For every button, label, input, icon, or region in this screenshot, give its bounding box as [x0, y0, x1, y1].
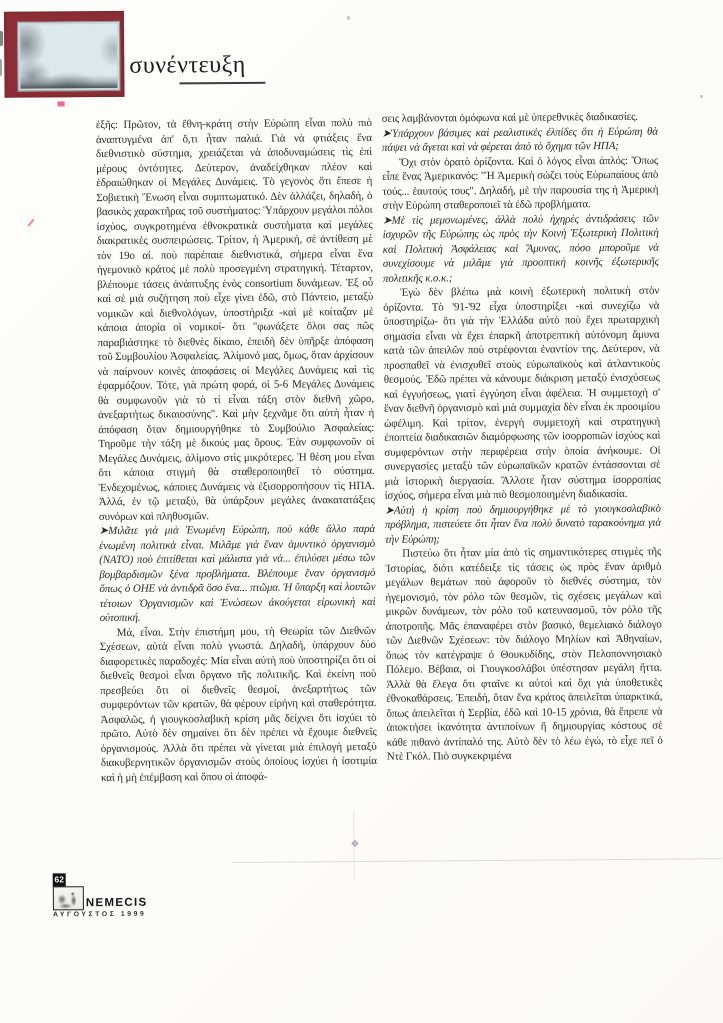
section-title: συνέντευξη	[129, 52, 246, 80]
answer-paragraph: Ὄχι στὸν ὁρατὸ ὁρίζοντα. Καὶ ὁ λόγος εἶν…	[382, 153, 658, 213]
answer-paragraph-continued: σεις λαμβάνονται ὁμόφωνα καὶ μὲ ὑπερεθνι…	[382, 110, 658, 127]
answer-paragraph-continued: ἑξῆς: Πρῶτον, τὰ ἔθνη-κράτη στὴν Εὐρώπη …	[96, 116, 375, 524]
fleuron-ornament-icon: ❖	[350, 839, 359, 850]
nemesis-logo-image	[53, 886, 84, 910]
article-left-column: ἑξῆς: Πρῶτον, τὰ ἔθνη-κράτη στὴν Εὐρώπη …	[96, 116, 378, 884]
pink-accent-square	[58, 101, 65, 106]
page-number-badge: 62	[53, 873, 66, 886]
magazine-page-scan: συνέντευξη ἑξῆς: Πρῶτον, τὰ ἔθνη-κράτη σ…	[0, 0, 723, 1023]
pink-pen-mark	[27, 218, 34, 226]
issue-date: ΑΥΓΟΥΣΤΟΣ 1999	[53, 911, 146, 919]
masthead-photo	[20, 24, 117, 89]
interview-question: ➤Ὑπάρχουν βάσιμες καὶ ρεαλιστικὲς ἐλπίδε…	[382, 124, 658, 155]
scan-speck	[347, 16, 350, 20]
section-title-rule	[179, 82, 265, 84]
answer-paragraph: Πιστεύω ὅτι ἦταν μία ἀπὸ τὶς σημαντικότε…	[385, 545, 663, 765]
interview-question: ➤Αὐτὴ ἡ κρίση ποὺ δημιουργήθηκε μὲ τὸ γι…	[385, 501, 661, 547]
masthead-photo-frame	[17, 21, 121, 92]
magazine-wordmark: NEMECIS	[86, 897, 148, 909]
printed-content: συνέντευξη ἑξῆς: Πρῶτον, τὰ ἔθνη-κράτη σ…	[0, 0, 723, 1023]
masthead-block	[4, 11, 125, 98]
scan-speck	[700, 95, 703, 98]
answer-paragraph: Ἐγὼ δὲν βλέπω μιὰ κοινὴ ἐξωτερικὴ πολιτι…	[383, 284, 661, 504]
answer-paragraph: Μά, εἶναι. Στὴν ἐπιστήμη μου, τὴ Θεωρία …	[100, 623, 377, 785]
article-right-column: σεις λαμβάνονται ὁμόφωνα καὶ μὲ ὑπερεθνι…	[382, 110, 664, 878]
scan-edge-mark	[0, 31, 3, 46]
interview-question: ➤Μιλᾶτε γιὰ μιὰ Ἑνωμένη Εὐρώπη, ποὺ κάθε…	[99, 522, 376, 626]
scan-edge-mark	[0, 59, 2, 76]
interview-question: ➤Μὲ τὶς μεμονωμένες, ἀλλὰ πολὺ ἠχηρὲς ἀν…	[382, 211, 659, 286]
